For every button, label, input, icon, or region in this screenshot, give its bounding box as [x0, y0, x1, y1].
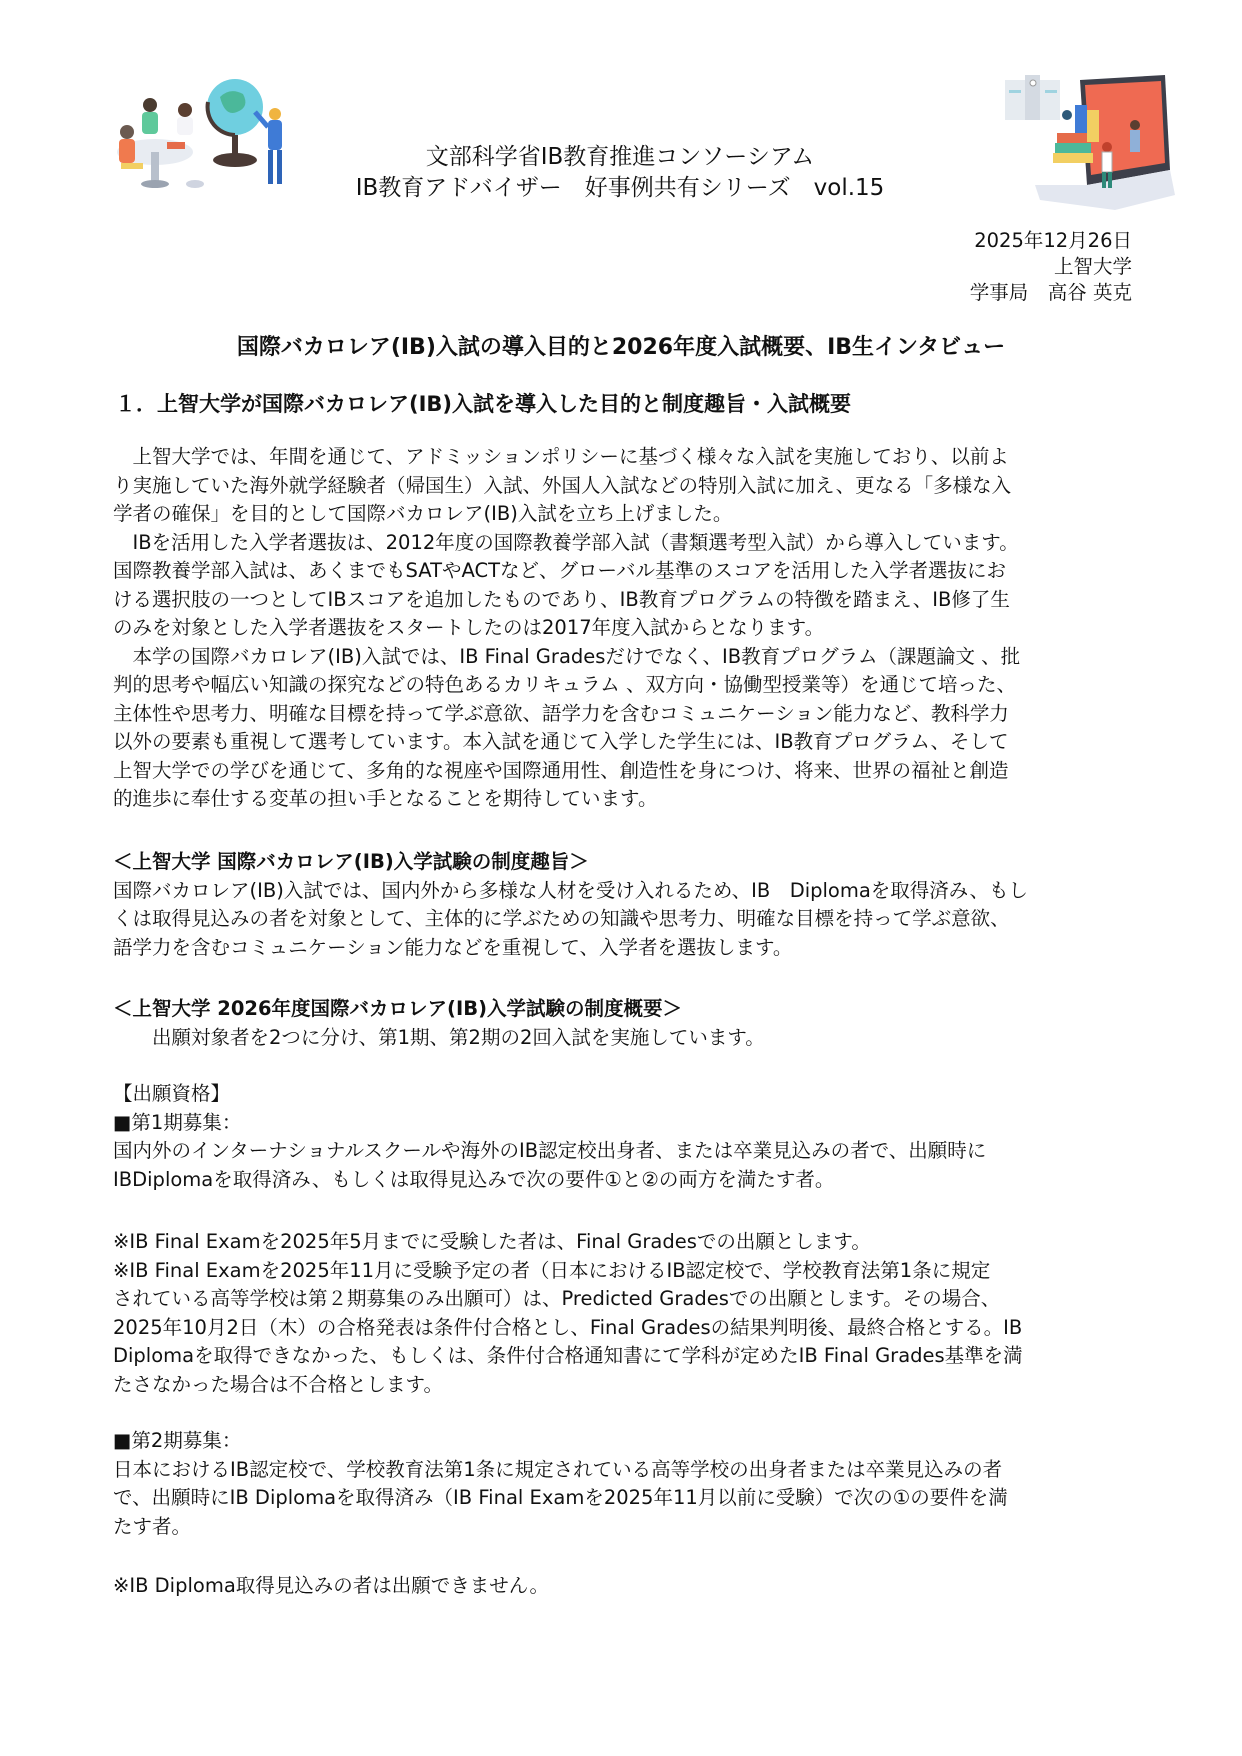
- intro-line: 上智大学での学びを通じて、多角的な視座や国際通用性、創造性を身につけ、将来、世界…: [113, 757, 1133, 786]
- document-date: 2025年12月26日: [970, 228, 1132, 254]
- phase-1-note: ※IB Final Examを2025年11月に受験予定の者（日本におけるIB認…: [113, 1257, 1133, 1286]
- purpose-section: ＜上智大学 国際バカロレア(IB)入学試験の制度趣旨＞ 国際バカロレア(IB)入…: [113, 848, 1133, 962]
- phase-1-label: ■第1期募集：: [113, 1109, 1133, 1138]
- university-name: 上智大学: [970, 254, 1132, 280]
- intro-line: 上智大学では、年間を通じて、アドミッションポリシーに基づく様々な入試を実施してお…: [113, 443, 1133, 472]
- phase-2-note: ※IB Diploma取得見込みの者は出願できません。: [113, 1572, 1133, 1601]
- purpose-line: 語学力を含むコミュニケーション能力などを重視して、入学者を選抜します。: [113, 934, 1133, 963]
- school-laptop-illustration: [1005, 75, 1180, 215]
- phase-2-line: で、出願時にIB Diplomaを取得済み（IB Final Examを2025…: [113, 1484, 1133, 1513]
- phase-2-label: ■第2期募集：: [113, 1427, 1133, 1456]
- phase-1-note: Diplomaを取得できなかった、もしくは、条件付合格通知書にて学科が定めたIB…: [113, 1342, 1133, 1371]
- phase-2-note-block: ※IB Diploma取得見込みの者は出願できません。: [113, 1572, 1133, 1601]
- document-title: 国際バカロレア(IB)入試の導入目的と2026年度入試概要、IB生インタビュー: [0, 330, 1242, 361]
- phase-1-note: たさなかった場合は不合格とします。: [113, 1371, 1133, 1400]
- phase-1-line: 国内外のインターナショナルスクールや海外のIB認定校出身者、または卒業見込みの者…: [113, 1137, 1133, 1166]
- intro-line: 的進歩に奉仕する変革の担い手となることを期待しています。: [113, 785, 1133, 814]
- eligibility-label: 【出願資格】: [113, 1080, 1133, 1109]
- phase-2-line: 日本におけるIB認定校で、学校教育法第1条に規定されている高等学校の出身者または…: [113, 1456, 1133, 1485]
- eligibility-phase-2: ■第2期募集： 日本におけるIB認定校で、学校教育法第1条に規定されている高等学…: [113, 1427, 1133, 1541]
- document-meta: 2025年12月26日 上智大学 学事局 高谷 英克: [970, 228, 1132, 306]
- author-name: 学事局 高谷 英克: [970, 280, 1132, 306]
- intro-line: り実施していた海外就学経験者（帰国生）入試、外国人入試などの特別入試に加え、更な…: [113, 472, 1133, 501]
- intro-line: ける選択肢の一つとしてIBスコアを追加したものであり、IB教育プログラムの特徴を…: [113, 586, 1133, 615]
- intro-line: 学者の確保」を目的として国際バカロレア(IB)入試を立ち上げました。: [113, 500, 1133, 529]
- intro-line: 本学の国際バカロレア(IB)入試では、IB Final Gradesだけでなく、…: [113, 643, 1133, 672]
- overview-heading: ＜上智大学 2026年度国際バカロレア(IB)入学試験の制度概要＞: [113, 995, 1133, 1024]
- phase-1-notes: ※IB Final Examを2025年5月までに受験した者は、Final Gr…: [113, 1228, 1133, 1399]
- intro-line: 主体性や思考力、明確な目標を持って学ぶ意欲、語学力を含むコミュニケーション能力な…: [113, 700, 1133, 729]
- students-globe-illustration: [105, 72, 305, 212]
- phase-1-line: IBDiplomaを取得済み、もしくは取得見込みで次の要件①と②の両方を満たす者…: [113, 1166, 1133, 1195]
- series-line-2: IB教育アドバイザー 好事例共有シリーズ vol.15: [300, 173, 940, 204]
- intro-paragraphs: 上智大学では、年間を通じて、アドミッションポリシーに基づく様々な入試を実施してお…: [113, 443, 1133, 814]
- overview-lead: 出願対象者を2つに分け、第1期、第2期の2回入試を実施しています。: [113, 1024, 1133, 1053]
- eligibility-phase-1: 【出願資格】 ■第1期募集： 国内外のインターナショナルスクールや海外のIB認定…: [113, 1080, 1133, 1194]
- phase-1-note: 2025年10月2日（木）の合格発表は条件付合格とし、Final Gradesの…: [113, 1314, 1133, 1343]
- purpose-line: くは取得見込みの者を対象として、主体的に学ぶための知識や思考力、明確な目標を持っ…: [113, 905, 1133, 934]
- phase-1-note: ※IB Final Examを2025年5月までに受験した者は、Final Gr…: [113, 1228, 1133, 1257]
- series-heading: 文部科学省IB教育推進コンソーシアム IB教育アドバイザー 好事例共有シリーズ …: [300, 142, 940, 204]
- intro-line: 以外の要素も重視して選考しています。本入試を通じて入学した学生には、IB教育プロ…: [113, 728, 1133, 757]
- intro-line: 判的思考や幅広い知識の探究などの特色あるカリキュラム 、双方向・協働型授業等）を…: [113, 671, 1133, 700]
- overview-section: ＜上智大学 2026年度国際バカロレア(IB)入学試験の制度概要＞ 出願対象者を…: [113, 995, 1133, 1052]
- phase-2-line: たす者。: [113, 1513, 1133, 1542]
- intro-line: 国際教養学部入試は、あくまでもSATやACTなど、グローバル基準のスコアを活用し…: [113, 557, 1133, 586]
- purpose-line: 国際バカロレア(IB)入試では、国内外から多様な人材を受け入れるため、IB Di…: [113, 877, 1133, 906]
- phase-1-note: されている高等学校は第２期募集のみ出願可）は、Predicted Gradesで…: [113, 1285, 1133, 1314]
- intro-line: IBを活用した入学者選抜は、2012年度の国際教養学部入試（書類選考型入試）から…: [113, 529, 1133, 558]
- series-line-1: 文部科学省IB教育推進コンソーシアム: [300, 142, 940, 173]
- intro-line: のみを対象とした入学者選抜をスタートしたのは2017年度入試からとなります。: [113, 614, 1133, 643]
- section-1-heading: １．上智大学が国際バカロレア(IB)入試を導入した目的と制度趣旨・入試概要: [115, 388, 851, 418]
- purpose-heading: ＜上智大学 国際バカロレア(IB)入学試験の制度趣旨＞: [113, 848, 1133, 877]
